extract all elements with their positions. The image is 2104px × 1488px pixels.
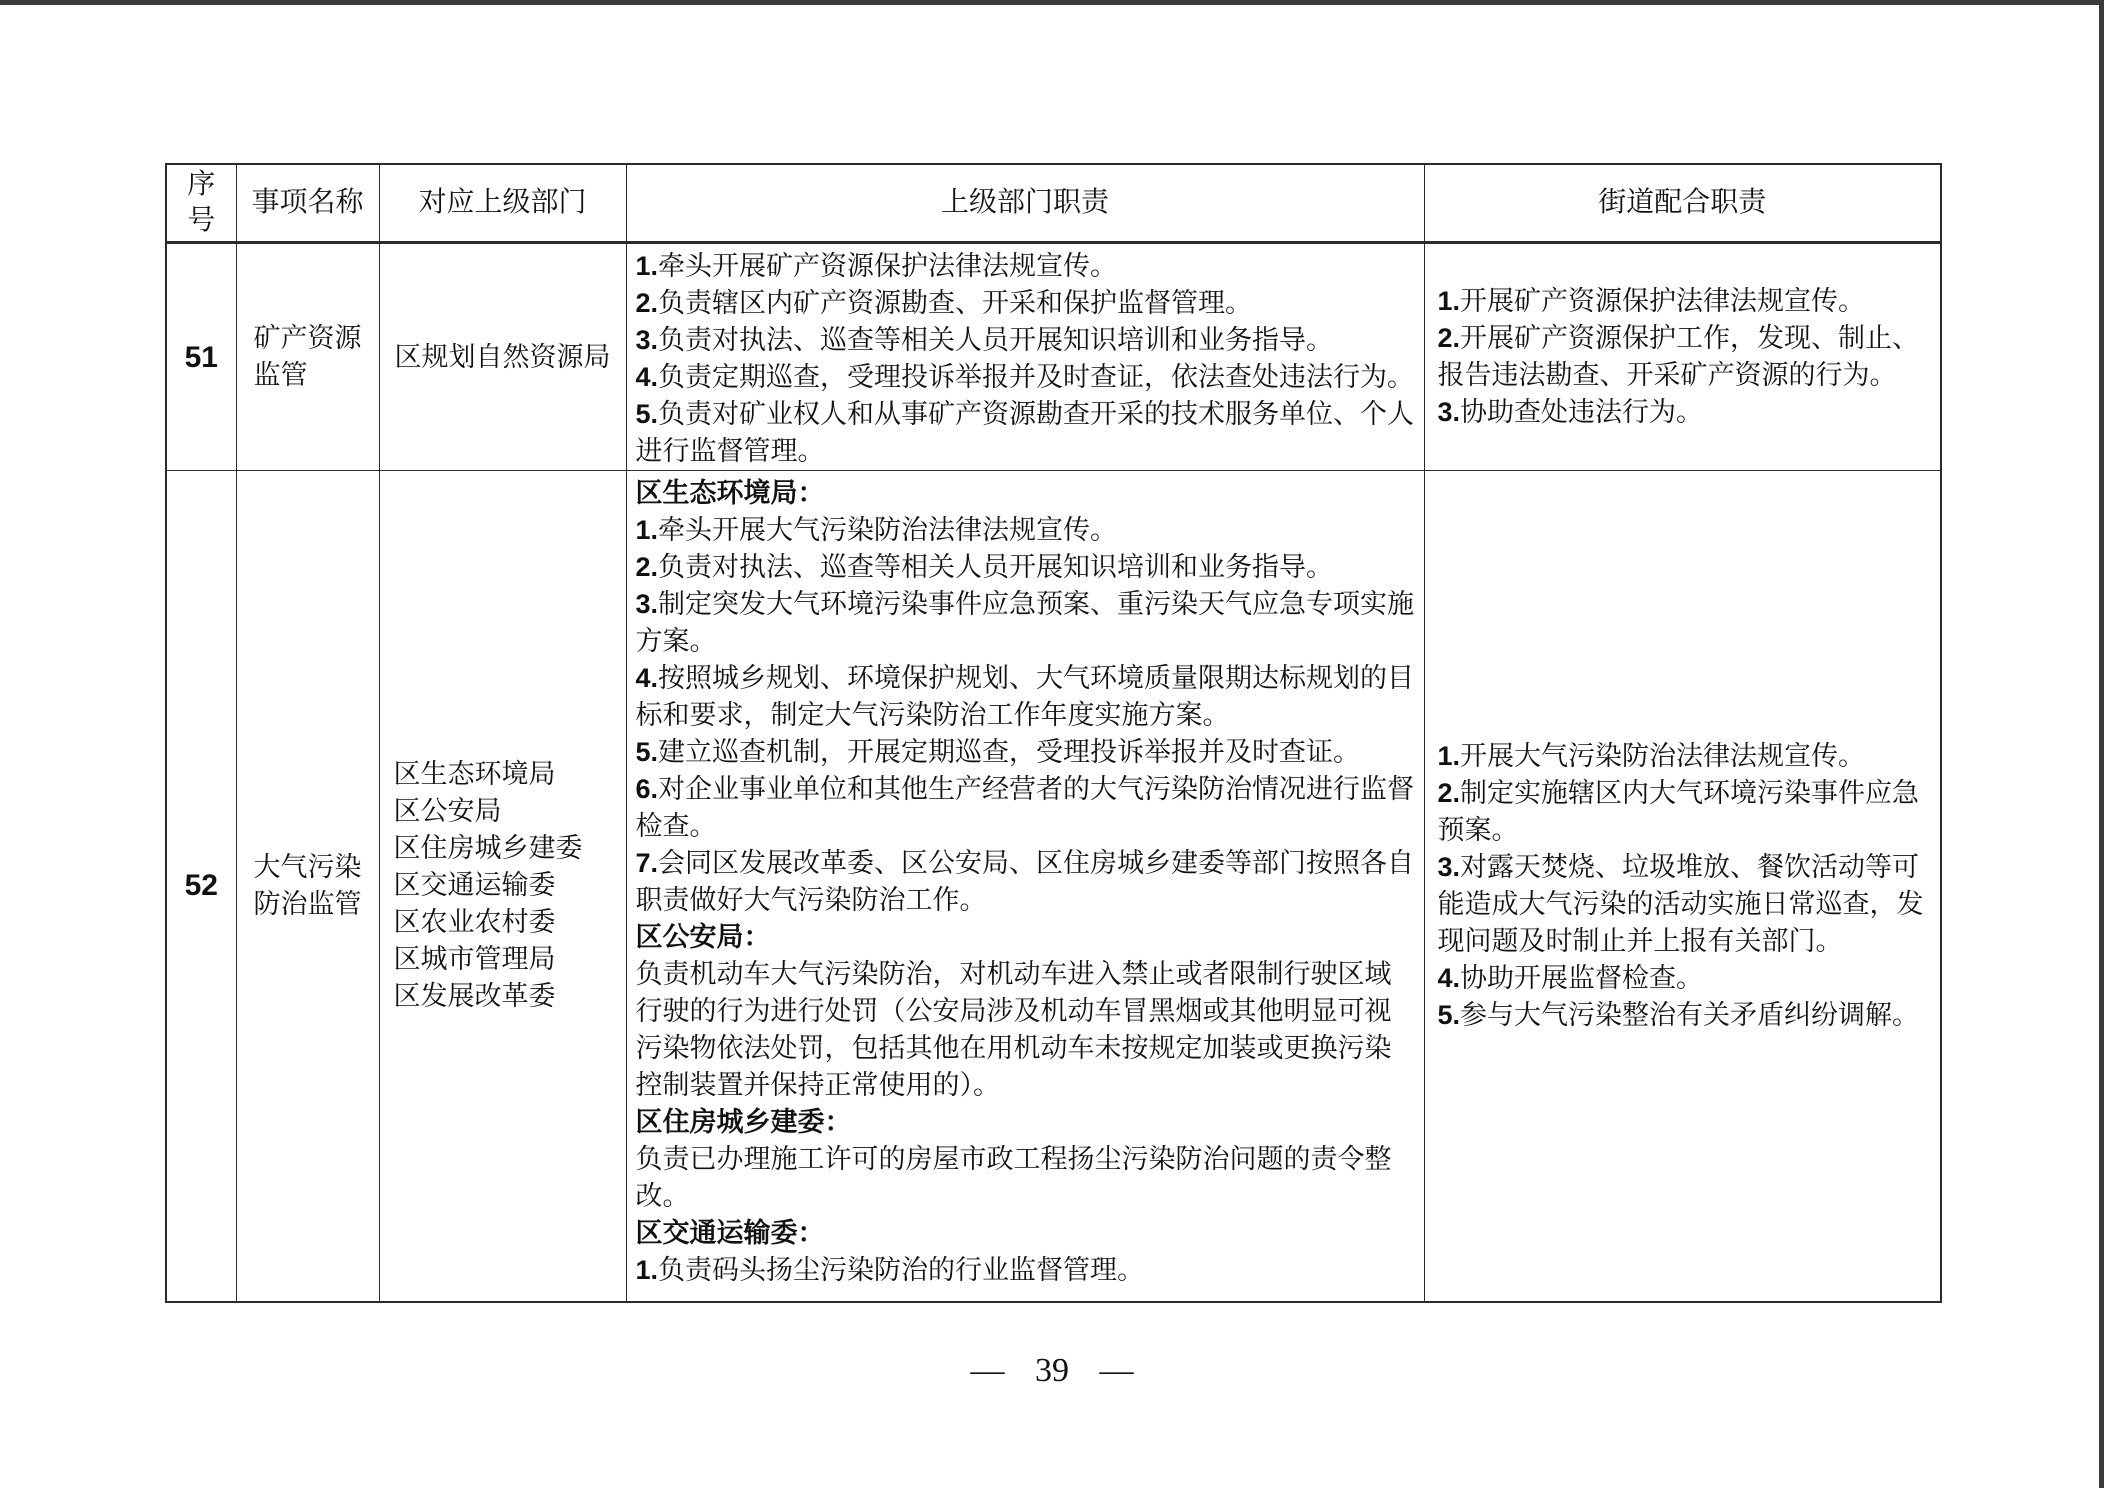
item-text: 协助开展监督检查。 <box>1460 963 1703 993</box>
item-number: 5. <box>1438 1000 1461 1030</box>
item-number: 1. <box>636 1255 659 1285</box>
duty-item: 1.牵头开展矿产资源保护法律法规宣传。 <box>636 248 1416 285</box>
header-cell-street-duties: 街道配合职责 <box>1424 164 1941 243</box>
item-text: 对露天焚烧、垃圾堆放、餐饮活动等可能造成大气污染的活动实施日常巡查，发现问题及时… <box>1438 852 1924 956</box>
duty-item: 3.负责对执法、巡查等相关人员开展知识培训和业务指导。 <box>636 322 1416 359</box>
item-number: 4. <box>636 362 659 392</box>
duty-item: 7.会同区发展改革委、区公安局、区住房城乡建委等部门按照各自职责做好大气污染防治… <box>636 845 1416 919</box>
department-item: 区住房城乡建委 <box>394 830 626 867</box>
item-text: 建立巡查机制，开展定期巡查，受理投诉举报并及时查证。 <box>658 737 1360 767</box>
department-item: 区交通运输委 <box>394 867 626 904</box>
item-number: 1. <box>1438 286 1461 316</box>
duty-item: 3.制定突发大气环境污染事件应急预案、重污染天气应急专项实施方案。 <box>636 586 1416 660</box>
item-name-line1: 大气污染 <box>254 849 362 886</box>
item-number: 3. <box>1438 852 1461 882</box>
duty-item: 4.负责定期巡查，受理投诉举报并及时查证，依法查处违法行为。 <box>636 359 1416 396</box>
duty-item: 5.参与大气污染整治有关矛盾纠纷调解。 <box>1438 997 1931 1034</box>
serial-cell: 52 <box>166 471 236 1302</box>
table-row-51: 51 矿产资源 监管 区规划自然资源局 1.牵头开展矿产资源保护法律法规宣传。 … <box>166 243 1941 471</box>
item-number: 1. <box>636 251 659 281</box>
duty-item: 4.协助开展监督检查。 <box>1438 960 1931 997</box>
item-number: 7. <box>636 848 659 878</box>
duty-item: 3.对露天焚烧、垃圾堆放、餐饮活动等可能造成大气污染的活动实施日常巡查，发现问题… <box>1438 849 1931 960</box>
header-cell-superior-duties: 上级部门职责 <box>626 164 1424 243</box>
item-name-line2: 监管 <box>254 357 362 394</box>
item-text: 负责对矿业权人和从事矿产资源勘查开采的技术服务单位、个人进行监督管理。 <box>636 399 1415 466</box>
duty-item: 3.协助查处违法行为。 <box>1438 394 1931 431</box>
superior-duties-cell: 区生态环境局： 1.牵头开展大气污染防治法律法规宣传。 2.负责对执法、巡查等相… <box>626 471 1424 1302</box>
duty-item: 2.负责辖区内矿产资源勘查、开采和保护监督管理。 <box>636 285 1416 322</box>
item-text: 开展矿产资源保护工作，发现、制止、报告违法勘查、开采矿产资源的行为。 <box>1438 323 1920 390</box>
item-number: 1. <box>636 515 659 545</box>
item-text: 牵头开展矿产资源保护法律法规宣传。 <box>658 251 1117 281</box>
item-text: 负责码头扬尘污染防治的行业监督管理。 <box>658 1255 1144 1285</box>
item-name-line1: 矿产资源 <box>254 320 362 357</box>
item-number: 3. <box>636 589 659 619</box>
item-number: 2. <box>1438 778 1461 808</box>
department-item: 区城市管理局 <box>394 941 626 978</box>
item-number: 2. <box>1438 323 1461 353</box>
duty-item: 5.建立巡查机制，开展定期巡查，受理投诉举报并及时查证。 <box>636 734 1416 771</box>
item-number: 2. <box>636 552 659 582</box>
serial-cell: 51 <box>166 243 236 471</box>
item-text: 负责机动车大气污染防治，对机动车进入禁止或者限制行驶区域行驶的行为进行处罚（公安… <box>636 959 1392 1100</box>
department-item: 区公安局 <box>394 793 626 830</box>
duty-item: 2.开展矿产资源保护工作，发现、制止、报告违法勘查、开采矿产资源的行为。 <box>1438 320 1931 394</box>
item-number: 6. <box>636 774 659 804</box>
item-name-cell: 矿产资源 监管 <box>236 243 379 471</box>
duty-item: 负责机动车大气污染防治，对机动车进入禁止或者限制行驶区域行驶的行为进行处罚（公安… <box>636 956 1416 1104</box>
item-number: 3. <box>1438 397 1461 427</box>
department-item: 区规划自然资源局 <box>380 339 626 376</box>
header-serial-line1: 序 <box>167 167 236 203</box>
top-edge-bar <box>0 0 2104 5</box>
department-item: 区发展改革委 <box>394 978 626 1015</box>
duty-item: 5.负责对矿业权人和从事矿产资源勘查开采的技术服务单位、个人进行监督管理。 <box>636 396 1416 470</box>
duty-item: 负责已办理施工许可的房屋市政工程扬尘污染防治问题的责令整改。 <box>636 1141 1416 1215</box>
item-name-line2: 防治监管 <box>254 886 362 923</box>
header-cell-item-name: 事项名称 <box>236 164 379 243</box>
duty-item: 1.开展大气污染防治法律法规宣传。 <box>1438 738 1931 775</box>
table-row-52: 52 大气污染 防治监管 区生态环境局 区公安局 区住房城乡建委 区交通运输委 … <box>166 471 1941 1302</box>
table-header-row: 序 号 事项名称 对应上级部门 上级部门职责 街道配合职责 <box>166 164 1941 243</box>
right-edge-bar <box>2099 0 2104 1488</box>
departments-cell: 区生态环境局 区公安局 区住房城乡建委 区交通运输委 区农业农村委 区城市管理局… <box>379 471 626 1302</box>
item-number: 5. <box>636 399 659 429</box>
item-text: 制定实施辖区内大气环境污染事件应急预案。 <box>1438 778 1920 845</box>
department-item: 区农业农村委 <box>394 904 626 941</box>
item-number: 4. <box>1438 963 1461 993</box>
item-text: 按照城乡规划、环境保护规划、大气环境质量限期达标规划的目标和要求，制定大气污染防… <box>636 663 1415 730</box>
department-item: 区生态环境局 <box>394 756 626 793</box>
header-cell-serial: 序 号 <box>166 164 236 243</box>
item-text: 负责对执法、巡查等相关人员开展知识培训和业务指导。 <box>658 325 1333 355</box>
item-text: 负责对执法、巡查等相关人员开展知识培训和业务指导。 <box>658 552 1333 582</box>
item-text: 参与大气污染整治有关矛盾纠纷调解。 <box>1460 1000 1919 1030</box>
department-heading: 区生态环境局： <box>636 475 1416 512</box>
street-duties-cell: 1.开展矿产资源保护法律法规宣传。 2.开展矿产资源保护工作，发现、制止、报告违… <box>1424 243 1941 471</box>
superior-duties-cell: 1.牵头开展矿产资源保护法律法规宣传。 2.负责辖区内矿产资源勘查、开采和保护监… <box>626 243 1424 471</box>
item-text: 对企业事业单位和其他生产经营者的大气污染防治情况进行监督检查。 <box>636 774 1415 841</box>
duty-item: 1.牵头开展大气污染防治法律法规宣传。 <box>636 512 1416 549</box>
duty-item: 1.开展矿产资源保护法律法规宣传。 <box>1438 283 1931 320</box>
item-text: 会同区发展改革委、区公安局、区住房城乡建委等部门按照各自职责做好大气污染防治工作… <box>636 848 1415 915</box>
item-text: 牵头开展大气污染防治法律法规宣传。 <box>658 515 1117 545</box>
item-text: 协助查处违法行为。 <box>1460 397 1703 427</box>
duty-item: 2.制定实施辖区内大气环境污染事件应急预案。 <box>1438 775 1931 849</box>
departments-cell: 区规划自然资源局 <box>379 243 626 471</box>
item-number: 4. <box>636 663 659 693</box>
street-duties-cell: 1.开展大气污染防治法律法规宣传。 2.制定实施辖区内大气环境污染事件应急预案。… <box>1424 471 1941 1302</box>
item-name-cell: 大气污染 防治监管 <box>236 471 379 1302</box>
header-serial-line2: 号 <box>167 203 236 239</box>
header-cell-departments: 对应上级部门 <box>379 164 626 243</box>
item-number: 3. <box>636 325 659 355</box>
item-text: 制定突发大气环境污染事件应急预案、重污染天气应急专项实施方案。 <box>636 589 1415 656</box>
item-number: 1. <box>1438 741 1461 771</box>
department-heading: 区交通运输委： <box>636 1215 1416 1252</box>
duties-table: 序 号 事项名称 对应上级部门 上级部门职责 街道配合职责 51 矿产资源 监管… <box>165 163 1942 1303</box>
item-text: 开展大气污染防治法律法规宣传。 <box>1460 741 1865 771</box>
duty-item: 2.负责对执法、巡查等相关人员开展知识培训和业务指导。 <box>636 549 1416 586</box>
item-text: 开展矿产资源保护法律法规宣传。 <box>1460 286 1865 316</box>
item-text: 负责辖区内矿产资源勘查、开采和保护监督管理。 <box>658 288 1252 318</box>
duty-item: 6.对企业事业单位和其他生产经营者的大气污染防治情况进行监督检查。 <box>636 771 1416 845</box>
item-number: 2. <box>636 288 659 318</box>
item-text: 负责定期巡查，受理投诉举报并及时查证，依法查处违法行为。 <box>658 362 1414 392</box>
item-number: 5. <box>636 737 659 767</box>
page-number: — 39 — <box>0 1352 2104 1390</box>
department-heading: 区公安局： <box>636 919 1416 956</box>
department-heading: 区住房城乡建委： <box>636 1104 1416 1141</box>
duty-item: 4.按照城乡规划、环境保护规划、大气环境质量限期达标规划的目标和要求，制定大气污… <box>636 660 1416 734</box>
item-text: 负责已办理施工许可的房屋市政工程扬尘污染防治问题的责令整改。 <box>636 1144 1392 1211</box>
duty-item: 1.负责码头扬尘污染防治的行业监督管理。 <box>636 1252 1416 1289</box>
